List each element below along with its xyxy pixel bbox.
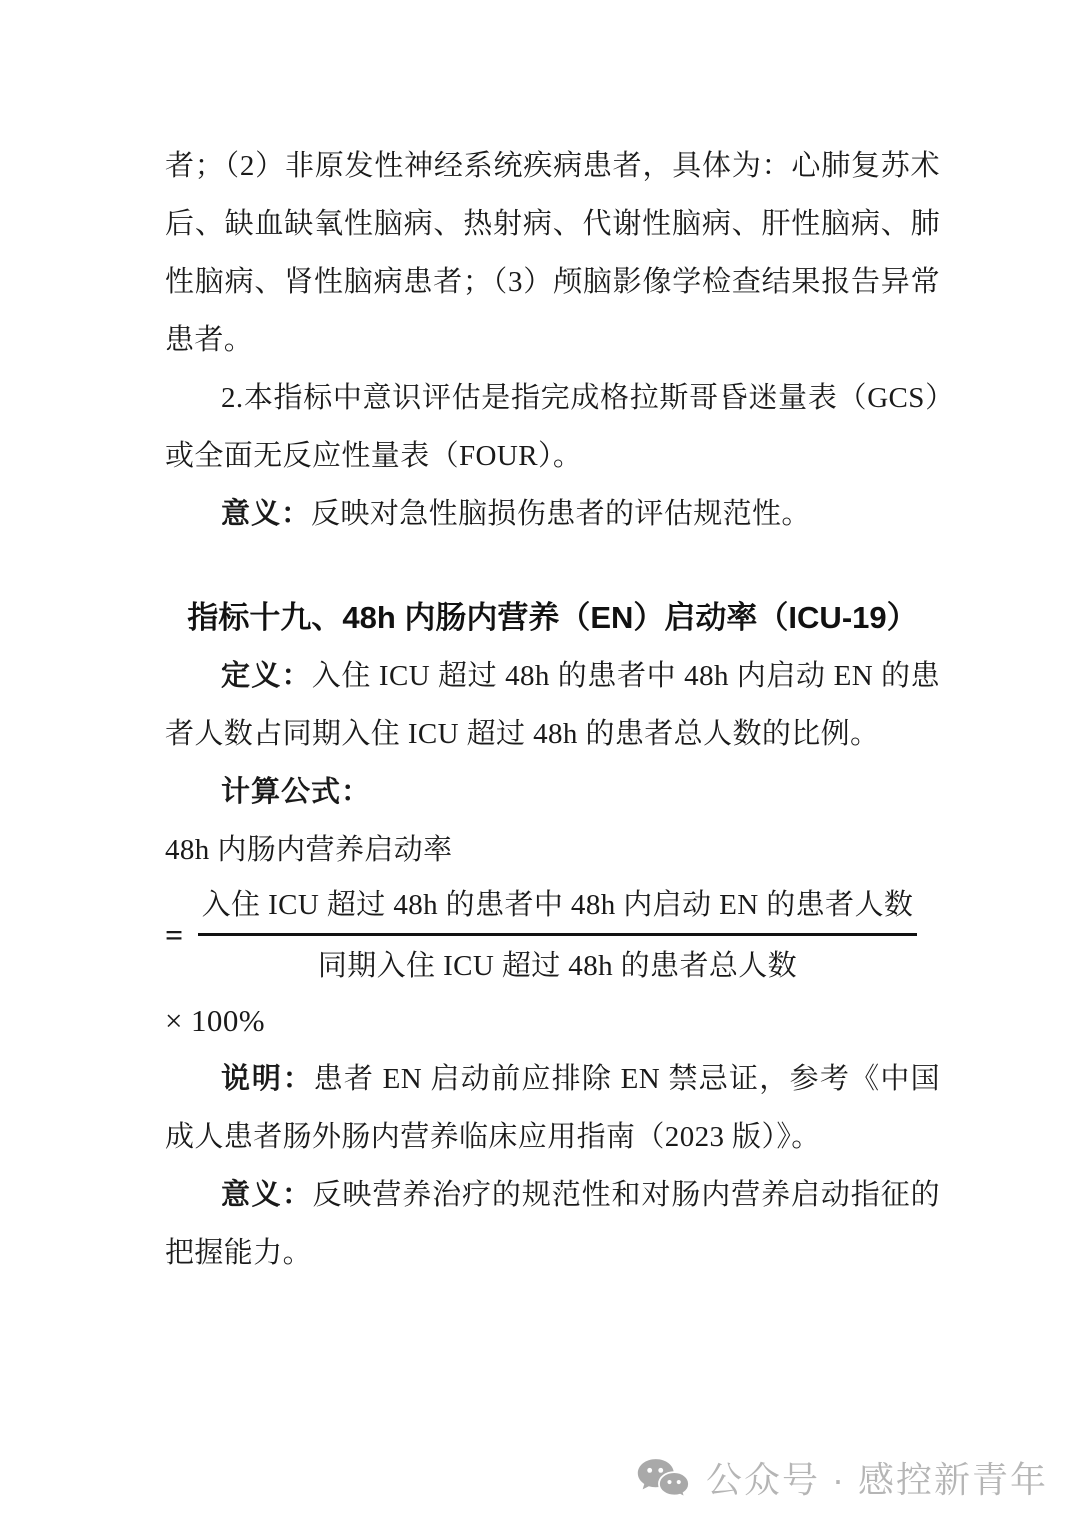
paragraph-significance-1: 意义：反映对急性脑损伤患者的评估规范性。 (165, 485, 940, 543)
definition-label: 定义： (221, 660, 312, 692)
paragraph-note: 说明：患者 EN 启动前应排除 EN 禁忌证，参考《中国成人患者肠外肠内营养临床… (165, 1050, 940, 1166)
formula-lhs: 48h 内肠内营养启动率 (165, 821, 940, 879)
section-heading-icu19: 指标十九、48h 内肠内营养（EN）启动率（ICU-19） (165, 589, 940, 647)
formula-block: 48h 内肠内营养启动率 = 入住 ICU 超过 48h 的患者中 48h 内启… (165, 821, 940, 1050)
fraction-denominator: 同期入住 ICU 超过 48h 的患者总人数 (198, 936, 918, 988)
paragraph-exclusion-criteria: 者；（2）非原发性神经系统疾病患者，具体为：心肺复苏术后、缺血缺氧性脑病、热射病… (165, 137, 940, 369)
watermark-text: 公众号 · 感控新青年 (706, 1452, 1048, 1503)
fraction: 入住 ICU 超过 48h 的患者中 48h 内启动 EN 的患者人数 同期入住… (198, 883, 918, 988)
paragraph-formula-label: 计算公式： (165, 763, 940, 821)
equals-sign: = (165, 917, 184, 954)
significance-label-1: 意义： (221, 498, 311, 530)
formula-multiplier: × 100% (165, 992, 940, 1050)
formula-fraction-row: = 入住 ICU 超过 48h 的患者中 48h 内启动 EN 的患者人数 同期… (165, 883, 940, 988)
paragraph-significance-2: 意义：反映营养治疗的规范性和对肠内营养启动指征的把握能力。 (165, 1166, 940, 1282)
paragraph-definition: 定义：入住 ICU 超过 48h 的患者中 48h 内启动 EN 的患者人数占同… (165, 647, 940, 763)
document-page: 者；（2）非原发性神经系统疾病患者，具体为：心肺复苏术后、缺血缺氧性脑病、热射病… (0, 0, 1080, 1527)
fraction-numerator: 入住 ICU 超过 48h 的患者中 48h 内启动 EN 的患者人数 (198, 883, 918, 936)
paragraph-consciousness-note: 2.本指标中意识评估是指完成格拉斯哥昏迷量表（GCS）或全面无反应性量表（FOU… (165, 369, 940, 485)
significance-text-1: 反映对急性脑损伤患者的评估规范性。 (311, 498, 811, 530)
document-content: 者；（2）非原发性神经系统疾病患者，具体为：心肺复苏术后、缺血缺氧性脑病、热射病… (165, 137, 940, 1282)
formula-label: 计算公式： (221, 776, 371, 808)
wechat-icon (636, 1457, 690, 1499)
watermark: 公众号 · 感控新青年 (636, 1452, 1048, 1503)
note-label: 说明： (221, 1063, 314, 1095)
significance-label-2: 意义： (221, 1179, 313, 1211)
